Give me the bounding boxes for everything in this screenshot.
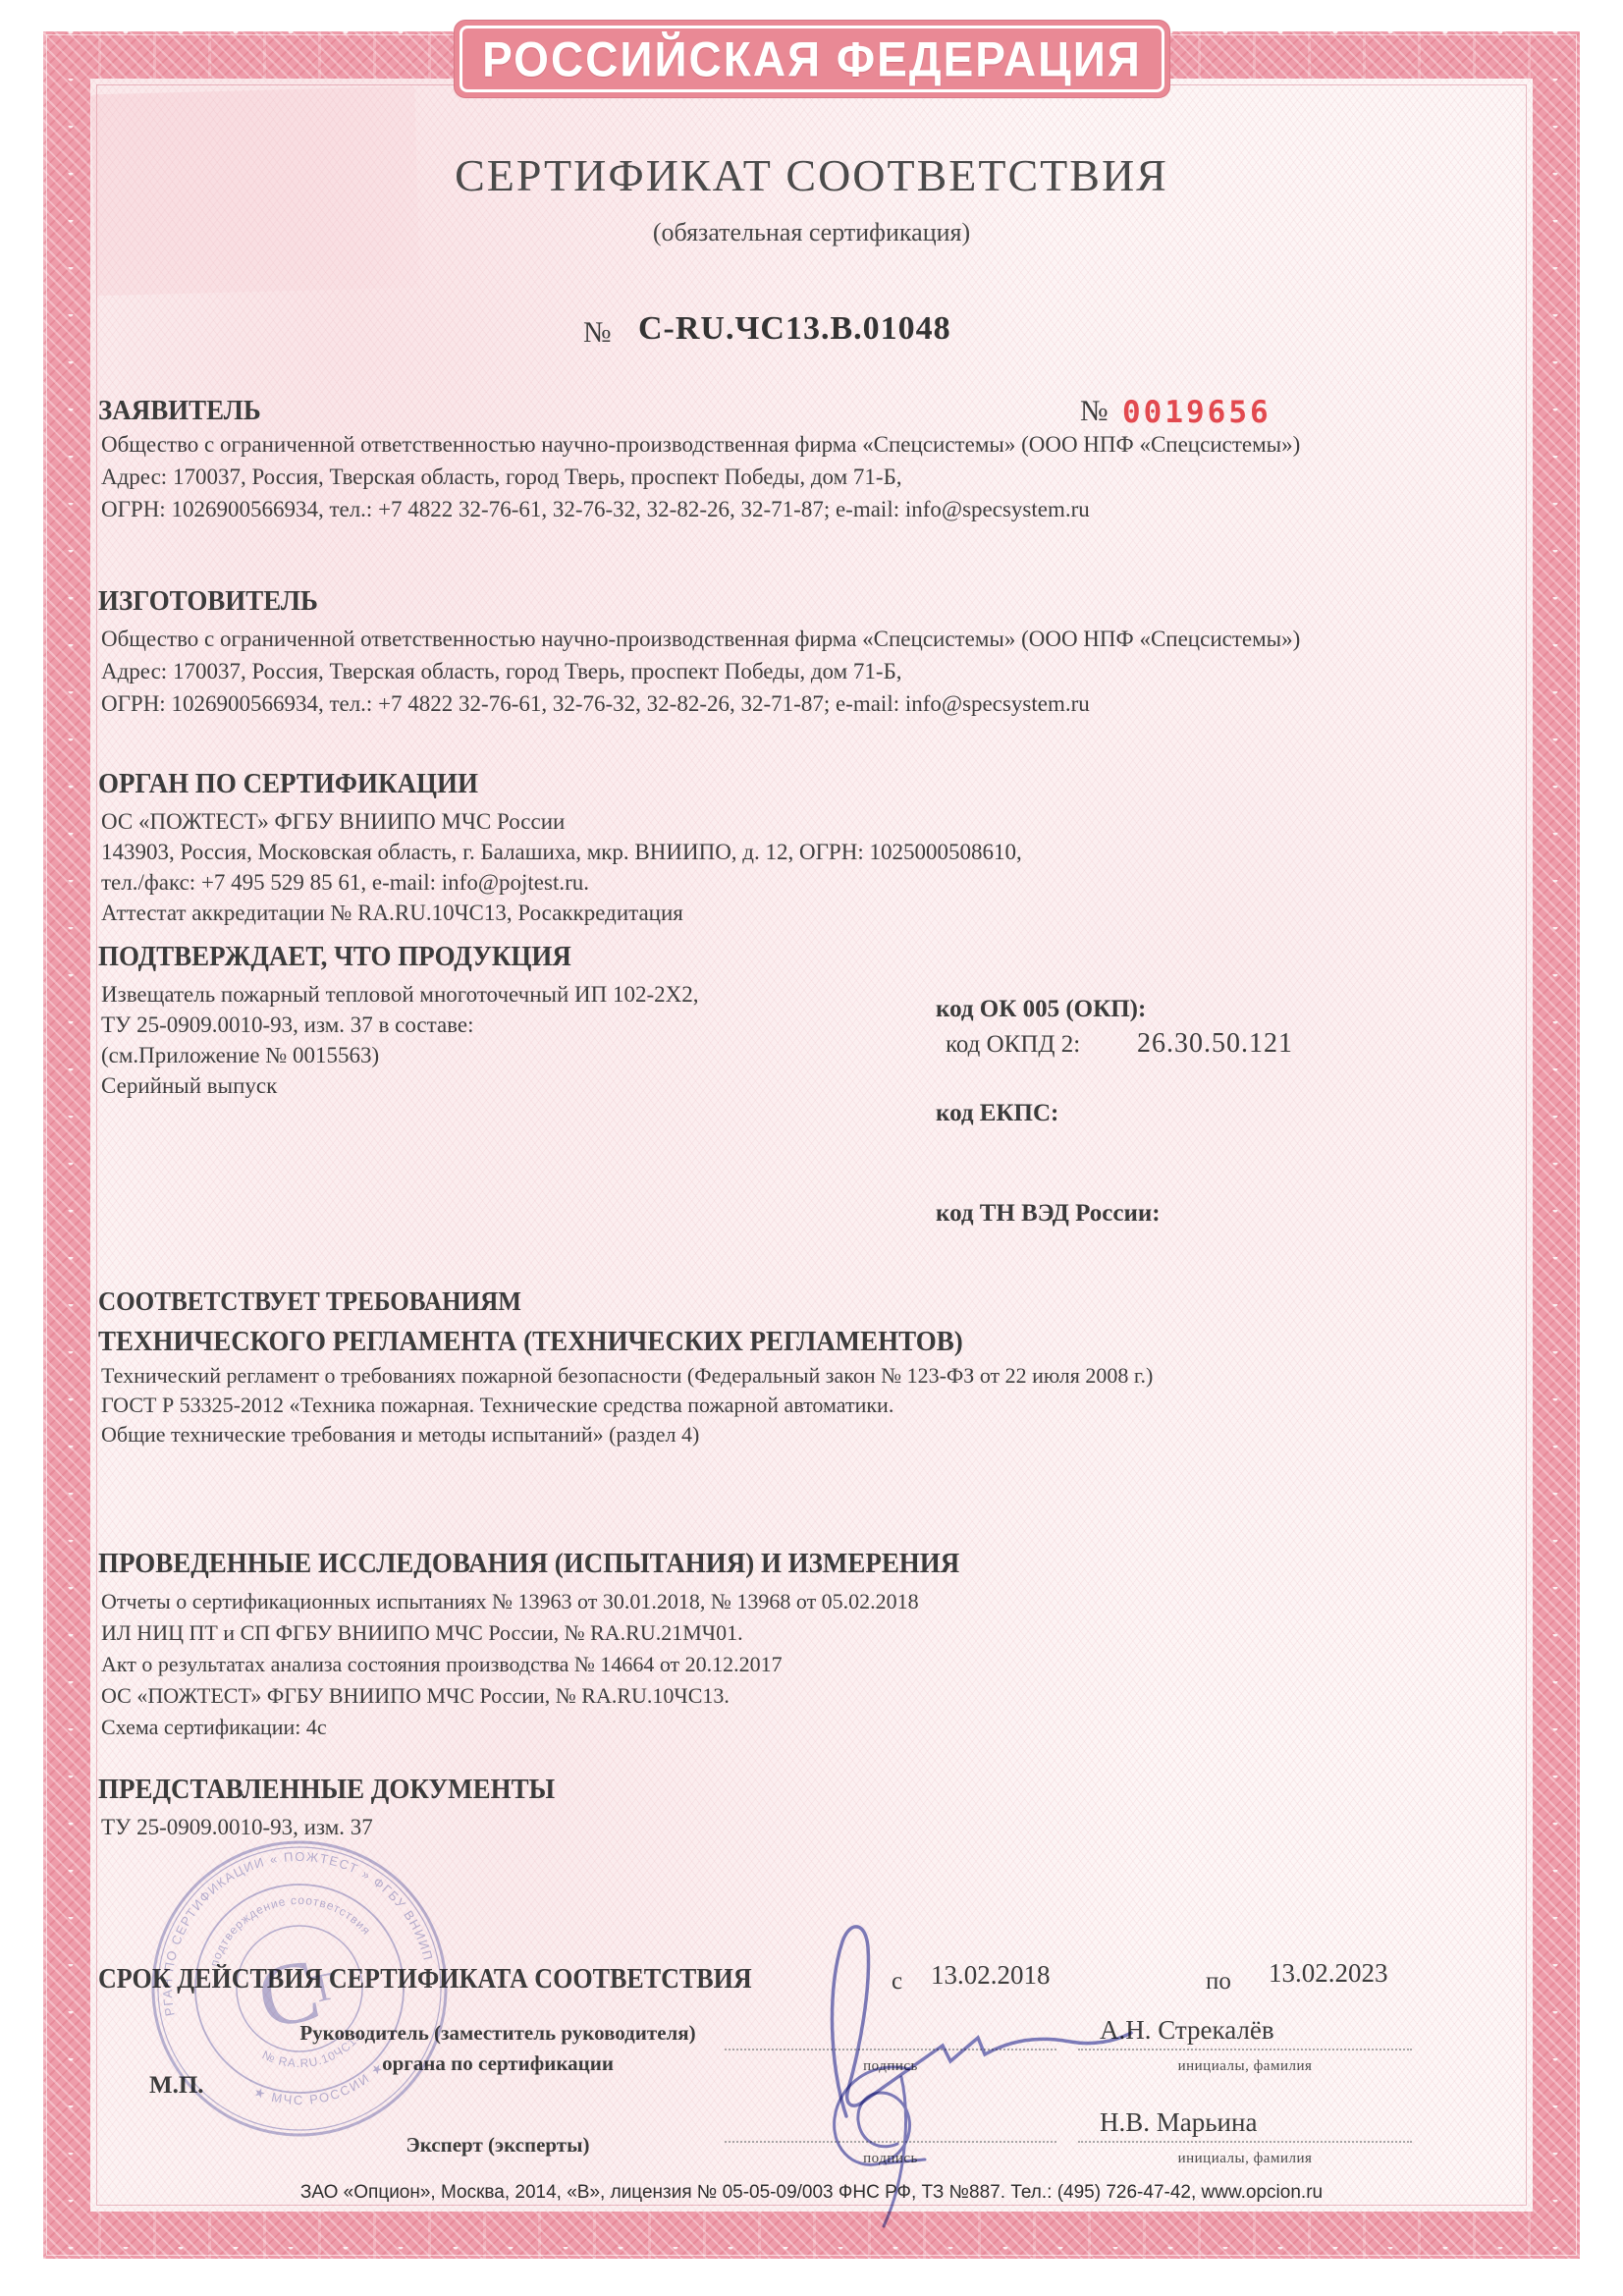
- certification-body-line: 143903, Россия, Московская область, г. Б…: [101, 840, 1022, 865]
- printer-fine-print: ЗАО «Опцион», Москва, 2014, «В», лицензи…: [0, 2182, 1623, 2204]
- product-heading: ПОДТВЕРЖДАЕТ, ЧТО ПРОДУКЦИЯ: [98, 941, 571, 973]
- manufacturer-line: ОГРН: 1026900566934, тел.: +7 4822 32-76…: [101, 691, 1090, 717]
- tests-line: ИЛ НИЦ ПТ и СП ФГБУ ВНИИПО МЧС России, №…: [101, 1620, 743, 1646]
- certification-body-line: Аттестат аккредитации № RA.RU.10ЧС13, Ро…: [101, 901, 683, 926]
- manufacturer-line: Общество с ограниченной ответственностью…: [101, 627, 1300, 652]
- tests-line: Акт о результатах анализа состояния прои…: [101, 1652, 783, 1677]
- expert-signature-ink: [815, 2057, 972, 2239]
- compliance-line: ГОСТ Р 53325-2012 «Техника пожарная. Тех…: [101, 1393, 893, 1418]
- certificate-number: C-RU.ЧС13.В.01048: [638, 310, 951, 348]
- product-line: ТУ 25-0909.0010-93, изм. 37 в составе:: [101, 1012, 474, 1038]
- certificate-title: СЕРТИФИКАТ СООТВЕТСТВИЯ: [0, 149, 1623, 201]
- blank-serial-number: 0019656: [1122, 395, 1271, 430]
- tests-line: Схема сертификации: 4с: [101, 1715, 327, 1740]
- expert-name-caption: инициалы, фамилия: [1078, 2151, 1412, 2167]
- certification-body-line: тел./факс: +7 495 529 85 61, e-mail: inf…: [101, 870, 589, 896]
- okpd-code-label: код ОКПД 2:: [946, 1031, 1080, 1059]
- okpd-code-value: 26.30.50.121: [1137, 1028, 1293, 1060]
- applicant-line: Общество с ограниченной ответственностью…: [101, 432, 1300, 458]
- round-stamp: ОРГАН ПО СЕРТИФИКАЦИИ « ПОЖТЕСТ » ФГБУ В…: [119, 1808, 480, 2169]
- applicant-heading: ЗАЯВИТЕЛЬ: [98, 395, 261, 427]
- manufacturer-line: Адрес: 170037, Россия, Тверская область,…: [101, 659, 902, 684]
- certification-body-line: ОС «ПОЖТЕСТ» ФГБУ ВНИИПО МЧС России: [101, 809, 565, 835]
- product-line: Извещатель пожарный тепловой многоточечн…: [101, 982, 699, 1008]
- certificate-number-label: №: [583, 316, 612, 350]
- validity-to-date: 13.02.2023: [1269, 1958, 1388, 1989]
- product-line: Серийный выпуск: [101, 1073, 277, 1099]
- tnved-code-label: код ТН ВЭД России:: [936, 1200, 1161, 1228]
- tests-heading: ПРОВЕДЕННЫЕ ИССЛЕДОВАНИЯ (ИСПЫТАНИЯ) И И…: [98, 1548, 959, 1580]
- country-banner-label: РОССИЙСКАЯ ФЕДЕРАЦИЯ: [482, 30, 1142, 87]
- certification-body-heading: ОРГАН ПО СЕРТИФИКАЦИИ: [98, 768, 478, 800]
- expert-name-line: [1078, 2141, 1412, 2143]
- manufacturer-heading: ИЗГОТОВИТЕЛЬ: [98, 585, 318, 618]
- tests-line: ОС «ПОЖТЕСТ» ФГБУ ВНИИПО МЧС России, № R…: [101, 1683, 730, 1709]
- blank-serial-label: №: [1080, 395, 1109, 428]
- applicant-line: ОГРН: 1026900566934, тел.: +7 4822 32-76…: [101, 497, 1090, 522]
- country-banner: РОССИЙСКАЯ ФЕДЕРАЦИЯ: [454, 20, 1170, 98]
- certificate-page: РОССИЙСКАЯ ФЕДЕРАЦИЯ СЕРТИФИКАТ СООТВЕТС…: [0, 0, 1623, 2296]
- certificate-subtitle: (обязательная сертификация): [0, 218, 1623, 247]
- compliance-line: Технический регламент о требованиях пожа…: [101, 1363, 1153, 1389]
- ekps-code-label: код ЕКПС:: [936, 1100, 1058, 1127]
- documents-heading: ПРЕДСТАВЛЕННЫЕ ДОКУМЕНТЫ: [98, 1774, 555, 1806]
- applicant-line: Адрес: 170037, Россия, Тверская область,…: [101, 465, 902, 490]
- product-line: (см.Приложение № 0015563): [101, 1043, 379, 1068]
- validity-to-label: по: [1206, 1968, 1231, 1995]
- compliance-heading-1: СООТВЕТСТВУЕТ ТРЕБОВАНИЯМ: [98, 1286, 521, 1317]
- compliance-heading-2: ТЕХНИЧЕСКОГО РЕГЛАМЕНТА (ТЕХНИЧЕСКИХ РЕГ…: [98, 1326, 963, 1358]
- compliance-line: Общие технические требования и методы ис…: [101, 1422, 699, 1448]
- okp-code-label: код ОК 005 (ОКП):: [936, 996, 1146, 1023]
- tests-line: Отчеты о сертификационных испытаниях № 1…: [101, 1589, 919, 1614]
